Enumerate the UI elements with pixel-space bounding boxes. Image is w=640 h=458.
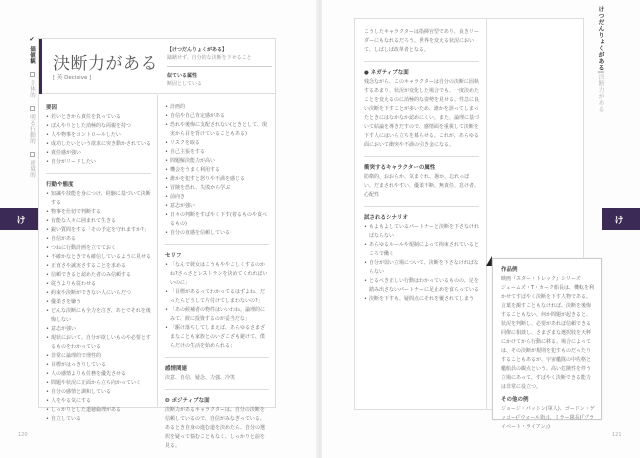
divider (46, 173, 151, 174)
list-item: 恐れや後悔に支配されない(ときとして、現実から目を背けていることもある) (165, 121, 269, 139)
divider (167, 66, 272, 67)
example-work: 映画『スター・トレック』シリーズ (501, 275, 595, 284)
list-item: とるべき正しい行動はわかっているものの、足を踏み出さないパートナーに足止めを食ら… (364, 277, 479, 295)
entry-subtitle: [ 英 Decisive ] (53, 73, 91, 81)
running-head-main: けつだんりょくがある (597, 6, 604, 71)
page-number: 120 (18, 432, 28, 438)
list-item: 「あの候補者の物件はいいわね。論理的にみて、彼に投資するのが妥当だな」 (165, 306, 269, 324)
lines-title: セリフ (165, 251, 269, 259)
list-item: 自信がある (46, 235, 151, 244)
list-item: 誰かを犯すと怒りや不満を感じる (165, 175, 269, 184)
list-item: 物事を仕切で判断する (46, 208, 151, 217)
nav-item-category[interactable]: 逆境的 (26, 152, 38, 178)
nav-label: 価値観 (28, 46, 36, 64)
example-text: ジェームズ・T・カーク船長は、機転を利かせてすばやく決断を下す人物である。言葉を… (501, 284, 595, 392)
example-title: 作品例 (501, 265, 595, 273)
list-item: 「目標があるってわかってるはずよね、だったらどうして片付けてしまわないの?」 (165, 288, 269, 306)
checkbox-icon (30, 152, 35, 157)
entry-meta: 【けつだんりょくがある】 躊躇せず、自分的な決断を下せること 似ている属性 断固… (167, 46, 272, 87)
divider (165, 244, 269, 245)
others-text: ジョージ・パットン(軍人)、ゴードン・ゲッコー(『ウォール街』)、ミラー隊長(『… (501, 405, 595, 432)
nav-item-category[interactable]: 主体的 (26, 72, 38, 98)
list-item: 優柔さを嫌う (46, 298, 151, 307)
right-column: 計画的 自信や自己肯定感がある 恐れや後悔に支配されない(ときとして、現実から目… (157, 95, 275, 407)
negative-title-text: ネガティブな面 (371, 70, 409, 76)
nav-label: 主体的 (28, 80, 36, 98)
text-column: こうしたキャラクターは指揮官型であり、良きリーダーにもなれるだろう。世界を変える… (355, 19, 487, 409)
divider (364, 206, 479, 207)
factors-title: 要因 (46, 103, 151, 111)
list-item: 従うよりも従わせる (46, 280, 151, 289)
left-column: 要因 若いときから責任を負っている ぼんやりとした消極的な両親を持つ 人や物事を… (39, 95, 157, 407)
divider (364, 61, 479, 62)
divider (165, 357, 269, 358)
negative-title: ● ネガティブな面 (364, 68, 479, 76)
list-item: どんな決断にも全力を注ぎ、あとでそれを後悔しない (46, 307, 151, 325)
reading-heading: 【けつだんりょくがある】 (167, 46, 272, 53)
list-item: 不確かなときでも確信しているように見せる (46, 253, 151, 262)
list-item: ぼんやりとした消極的な両親を持つ (46, 122, 151, 131)
running-head-sub: 決断力がある (597, 74, 604, 113)
positive-text: 決断力があるキャラクターは、自分の決断を信頼しているので、自信がみなぎっている。… (165, 406, 269, 451)
positive-title-text: ポジティブな面 (172, 398, 210, 404)
checkbox-icon (30, 106, 35, 111)
list-item: 非常に論理的で理性的 (46, 352, 151, 361)
nav-label: 逆境的 (28, 160, 36, 178)
accent-bar (39, 39, 42, 94)
list-item: 若いときから責任を負っている (46, 113, 151, 122)
intro-text: こうしたキャラクターは指揮官型であり、良きリーダーにもなれるだろう。世界を変える… (364, 28, 479, 55)
others-title: その他の例 (501, 395, 595, 403)
nav-item-category[interactable]: ✔ 価値観 (26, 38, 38, 64)
similar-text: 断固としている (167, 80, 272, 87)
entry-header: 決断力がある [ 英 Decisive ] 【けつだんりょくがある】 躊躇せず、… (39, 39, 275, 94)
behavior-list: 知識や技能を身につけ、経験に基づいて決断する 物事を仕切で判断する 有能な人々に… (46, 190, 151, 424)
list-item: 自立している (46, 415, 151, 424)
entry-card: 決断力がある [ 英 Decisive ] 【けつだんりょくがある】 躊躇せず、… (38, 38, 276, 408)
factors-list: 若いときから責任を負っている ぼんやりとした消極的な両親を持つ 人や物事をコント… (46, 113, 151, 167)
list-item: 自己主張をする (165, 148, 269, 157)
list-item: 人をやる気にする (46, 397, 151, 406)
list-item: 前向き (165, 193, 269, 202)
list-item: 自信や自己肯定感がある (165, 112, 269, 121)
scenarios-list: もよもよしているパートナーと決断を下さなければならない あらゆるルールや規制によ… (364, 223, 479, 304)
list-item: つねに行動計画を立てておく (46, 244, 151, 253)
divider (364, 156, 479, 157)
category-nav: ✔ 価値観 主体的 明る行動的 逆境的 (26, 38, 38, 186)
traits-list: 計画的 自信や自己肯定感がある 恐れや後悔に支配されない(ときとして、現実から目… (165, 103, 269, 238)
list-item: 正直さや誠実さすることを求める (46, 262, 151, 271)
list-item: 日々の判断をすばやく下す(着るものや食べるもの) (165, 211, 269, 229)
list-item: 問題や状況に正面から立ち向かっていく (46, 379, 151, 388)
emotions-text: 決意、自信、疑念、力強、冷笑 (165, 374, 269, 383)
behavior-title: 行動や態度 (46, 180, 151, 188)
list-item: 責任感が強い (46, 149, 151, 158)
list-item: 意志が強い (165, 202, 269, 211)
list-item: 自分の感情と調和している (46, 388, 151, 397)
list-item: 人の感情よりも任務を優先させる (46, 370, 151, 379)
list-item: しっかりとした道徳倫理がある (46, 406, 151, 415)
lines-list: 「なんで彼女はこうもややこしくするのかね?さっさとレストランを決めてくれればいい… (165, 261, 269, 351)
page-number: 121 (612, 432, 622, 438)
list-item: 計画的 (165, 103, 269, 112)
positive-title: ❂ ポジティブな面 (165, 396, 269, 404)
list-item: 問題解決能力が高い (165, 157, 269, 166)
running-head: けつだんりょくがある|決断力がある (596, 6, 605, 113)
kana-index-tab[interactable]: け (602, 208, 640, 230)
scenarios-title: 試されるシナリオ (364, 213, 479, 221)
conflict-title: 衝突するキャラクターの属性 (364, 163, 479, 171)
list-item: 成功したいという欲求に突き動かされている (46, 140, 151, 149)
entry-title: 決断力がある (53, 49, 158, 74)
nav-label: 明る行動的 (28, 114, 36, 144)
list-item: リスクを取る (165, 139, 269, 148)
list-item: 機会をうまく利用する (165, 166, 269, 175)
list-item: 「駆け落ちしてしまえば、あらゆるさまざまなことも家族とのいざこざも避けて、僕らだ… (165, 324, 269, 351)
list-item: 約束や決断ができない人にいらだつ (46, 289, 151, 298)
similar-heading: 似ている属性 (167, 72, 272, 79)
list-item: 決断を下すも、疑問点にそれを覆されてしまう (364, 295, 479, 304)
list-item: 知識や技能を身につけ、経験に基づいて決断する (46, 190, 151, 208)
divider (165, 389, 269, 390)
list-item: 自分の直感を信頼している (165, 229, 269, 238)
checkbox-icon (30, 72, 35, 77)
list-item: 「なんで彼女はこうもややこしくするのかね?さっさとレストランを決めてくれればいい… (165, 261, 269, 288)
list-item: 有能な人々に囲まれて生きる (46, 217, 151, 226)
list-item: あらゆるルールや規制によって拘束されているところで働く (364, 241, 479, 259)
nav-item-category[interactable]: 明る行動的 (26, 106, 38, 144)
list-item: 意志が強い (46, 325, 151, 334)
list-item: 現状において、自分が欲しいものや必要とするものをわかっている (46, 334, 151, 352)
checkmark-icon: ✔ (30, 38, 35, 43)
example-box: 作品例 映画『スター・トレック』シリーズ ジェームズ・T・カーク船長は、機転を利… (492, 258, 602, 420)
left-page: ✔ 価値観 主体的 明る行動的 逆境的 け 決断力がある [ 英 Decisiv… (0, 0, 318, 458)
list-item: 自分がリードしたい (46, 158, 151, 167)
list-item: 人や物事をコントロールしたい (46, 131, 151, 140)
negative-text: 残念ながら、このキャラクターは自分の決断に固執するあまり、状況が変化した場合でも… (364, 78, 479, 150)
list-item: もよもよしているパートナーと決断を下さなければならない (364, 223, 479, 241)
entry-columns: 要因 若いときから責任を負っている ぼんやりとした消極的な両親を持つ 人や物事を… (39, 95, 275, 407)
list-item: 冒険を恐れ、失敗から学ぶ (165, 184, 269, 193)
list-item: 信頼できると認めた者のみ信頼する (46, 271, 151, 280)
kana-index-tab[interactable]: け (0, 208, 38, 230)
emotions-title: 感情関連 (165, 364, 269, 372)
conflict-text: 防衛的、おおらか、気まぐれ、愚か、忘れっぽい、だまされやすい、優柔不断、無責任、… (364, 173, 479, 200)
list-item: 目標がはっきりしている (46, 361, 151, 370)
list-item: 鋭い質問をする「その予定を守れますか?」 (46, 226, 151, 235)
reading-text: 躊躇せず、自分的な決断を下せること (167, 54, 272, 61)
list-item: 自分が弱い立場について、決断を下さなければならない (364, 259, 479, 277)
